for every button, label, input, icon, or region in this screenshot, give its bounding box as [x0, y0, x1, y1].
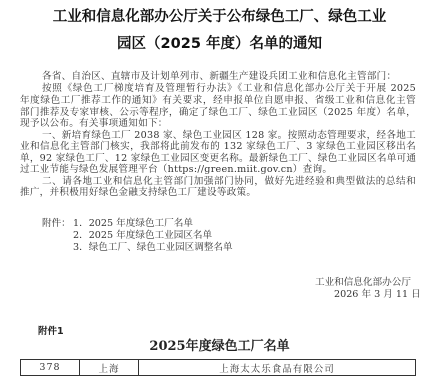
paragraph-2-line: 一、新培育绿色工厂 2038 家、绿色工业园区 128 家。按照动态管理要求，经…: [42, 130, 416, 142]
notice-title-line-1: 工业和信息化部办公厅关于公布绿色工厂、绿色工业: [0, 7, 439, 27]
attachments-label: 附件：: [42, 218, 71, 230]
paragraph-2-line: 单，92 家绿色工厂、12 家绿色工业园区变更名称。最新绿色工厂、绿色工业园区名…: [20, 153, 416, 165]
cell-company: 上海太太乐食品有限公司: [139, 360, 416, 376]
attachment-item: 2．2025 年度绿色工业园区名单: [73, 230, 212, 242]
paragraph-1-line: 年度绿色工厂推荐工作的通知》有关要求，经申报单位自愿申报、省级工业和信息化主管: [20, 95, 416, 107]
cell-region: 上海: [80, 360, 139, 376]
paragraph-3-line: 推广，并积极用好绿色金融支持绿色工厂建设等政策。: [20, 187, 256, 199]
attachment-item: 3．绿色工厂、绿色工业园区调整名单: [73, 242, 233, 254]
attachment-item: 1．2025 年度绿色工厂名单: [73, 218, 193, 230]
paragraph-1-line: 按照《绿色工厂梯度培育及管理暂行办法》《工业和信息化部办公厅关于开展 2025: [42, 83, 416, 95]
salutation: 各省、自治区、直辖市及计划单列市、新疆生产建设兵团工业和信息化主管部门：: [42, 71, 396, 83]
paragraph-3-line: 二、请各地工业和信息化主管部门加强部门协同，做好先进经验和典型做法的总结和: [42, 176, 416, 188]
table-row: 378 上海 上海太太乐食品有限公司: [21, 360, 416, 376]
paragraph-1-line: 部门推荐及专家审核、公示等程序，确定了绿色工厂、绿色工业园区（2025 年度）名…: [20, 107, 416, 119]
notice-title-line-2: 园区（2025 年度）名单的通知: [0, 34, 439, 54]
cell-number: 378: [21, 360, 80, 376]
green-factory-table: 378 上海 上海太太乐食品有限公司: [20, 359, 416, 376]
annex-title: 2025年度绿色工厂名单: [0, 335, 439, 354]
paragraph-2-line: 过工业节能与绿色发展管理平台（https://green.miit.gov.cn…: [20, 164, 332, 176]
paragraph-2-line: 业和信息化主管部门核实，我部将此前发布的 132 家绿色工厂、3 家绿色工业园区…: [20, 141, 416, 153]
paragraph-1-line: 现予以公布。有关事项通知如下：: [20, 118, 168, 130]
